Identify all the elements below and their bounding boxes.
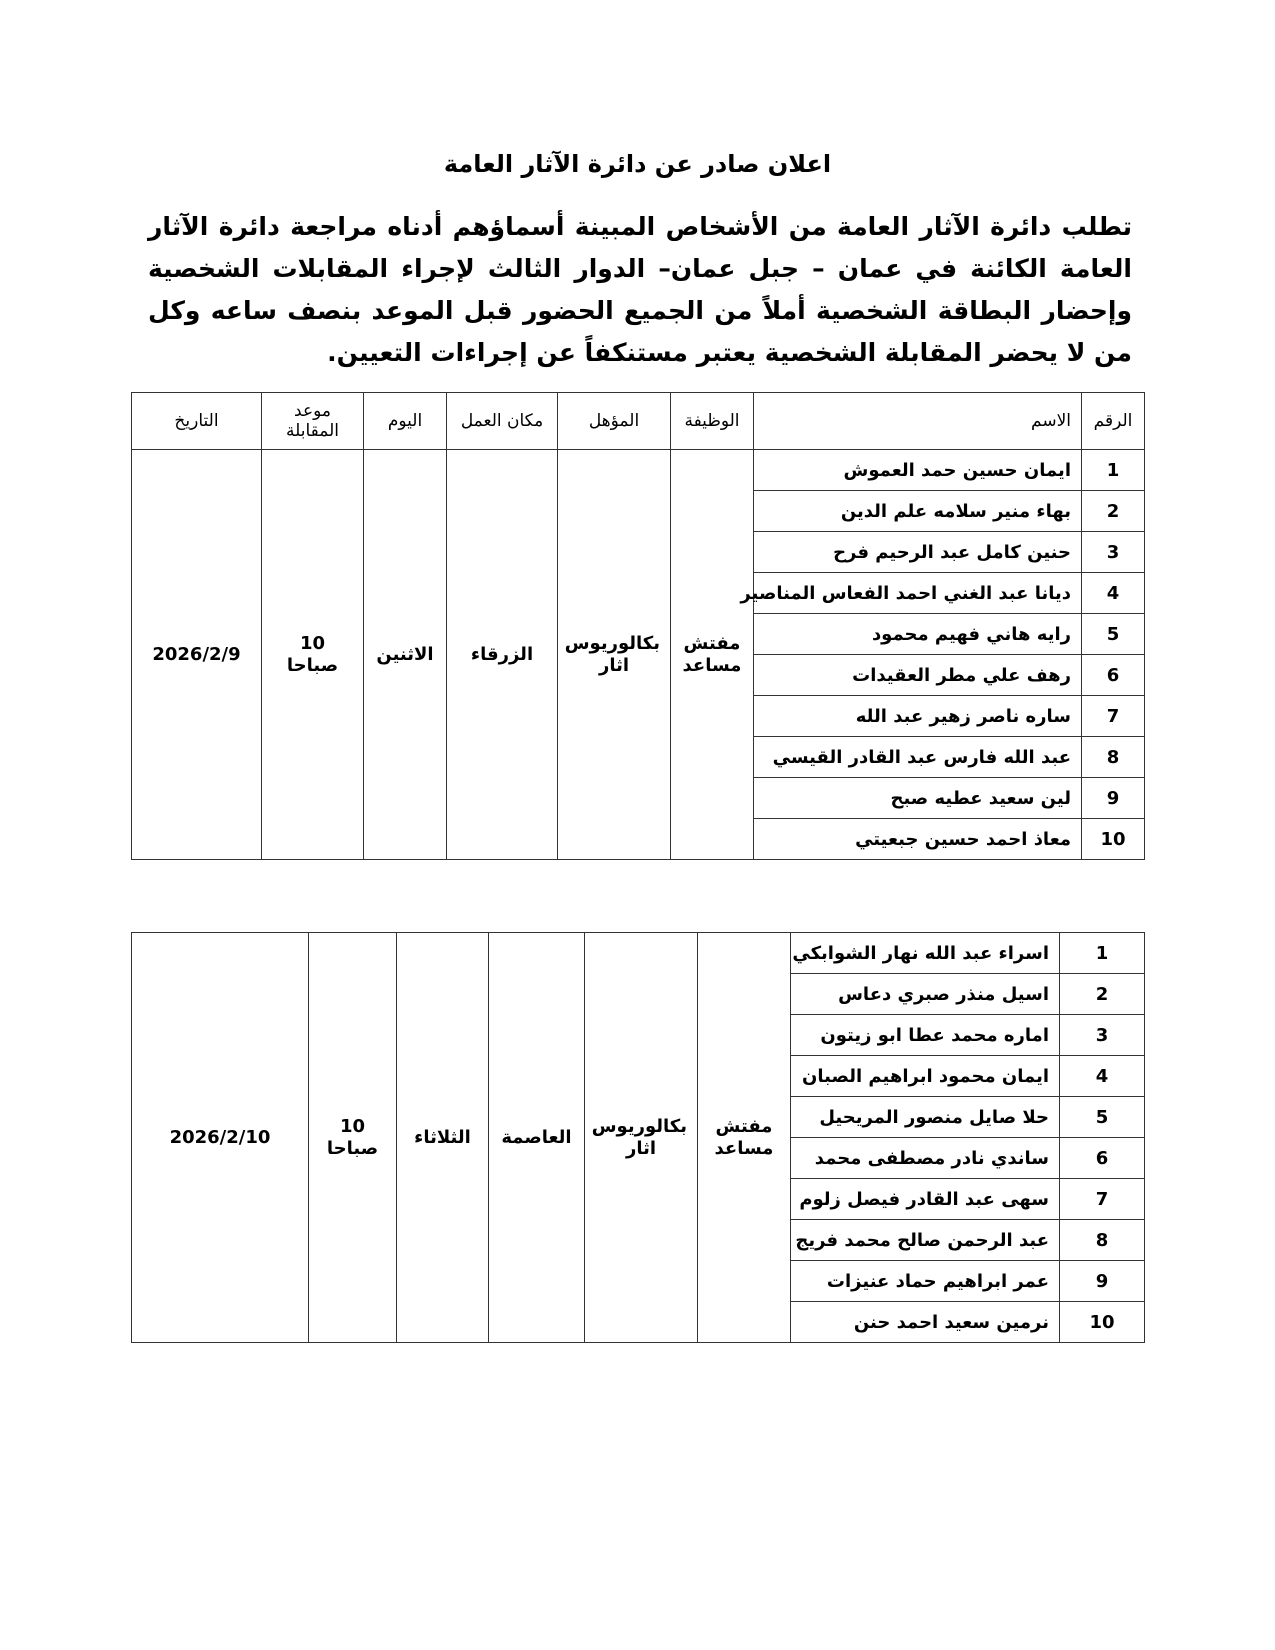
- row-name: ساره ناصر زهير عبد الله: [754, 696, 1082, 737]
- row-number: 6: [1060, 1138, 1145, 1179]
- time-line2: صباحا: [272, 655, 353, 677]
- schedule-table-1: الرقم الاسم الوظيفة المؤهل مكان العمل ال…: [131, 392, 1145, 860]
- row-number: 9: [1082, 778, 1145, 819]
- job-line1: مفتش: [681, 633, 743, 655]
- header-name: الاسم: [754, 393, 1082, 450]
- row-name: ايمان حسين حمد العموش: [754, 450, 1082, 491]
- header-day: اليوم: [364, 393, 447, 450]
- row-name: رهف علي مطر العقيدات: [754, 655, 1082, 696]
- row-name: بهاء منير سلامه علم الدين: [754, 491, 1082, 532]
- header-interview-time-line2: المقابلة: [272, 421, 353, 441]
- row-number: 10: [1060, 1302, 1145, 1343]
- row-number: 7: [1060, 1179, 1145, 1220]
- row-name: لين سعيد عطيه صبح: [754, 778, 1082, 819]
- row-name: عبد الرحمن صالح محمد فريج: [791, 1220, 1060, 1261]
- qualification-line2: اثار: [595, 1138, 687, 1160]
- qualification-line2: اثار: [568, 655, 660, 677]
- row-name: معاذ احمد حسين جبعيتي: [754, 819, 1082, 860]
- workplace-cell: الزرقاء: [447, 450, 558, 860]
- qualification-cell: بكالوريوس اثار: [558, 450, 671, 860]
- row-number: 3: [1082, 532, 1145, 573]
- row-number: 6: [1082, 655, 1145, 696]
- header-interview-time-line1: موعد: [272, 401, 353, 421]
- row-number: 5: [1082, 614, 1145, 655]
- row-number: 9: [1060, 1261, 1145, 1302]
- row-name: نرمين سعيد احمد حنن: [791, 1302, 1060, 1343]
- row-number: 7: [1082, 696, 1145, 737]
- table-header-row: الرقم الاسم الوظيفة المؤهل مكان العمل ال…: [132, 393, 1145, 450]
- qualification-line1: بكالوريوس: [595, 1116, 687, 1138]
- row-number: 8: [1082, 737, 1145, 778]
- interview-time-cell: 10 صباحا: [309, 933, 397, 1343]
- date-cell: 2026/2/10: [132, 933, 309, 1343]
- row-number: 8: [1060, 1220, 1145, 1261]
- row-name: رايه هاني فهيم محمود: [754, 614, 1082, 655]
- row-number: 10: [1082, 819, 1145, 860]
- row-number: 2: [1060, 974, 1145, 1015]
- document-title: اعلان صادر عن دائرة الآثار العامة: [0, 150, 1275, 178]
- job-line1: مفتش: [708, 1116, 780, 1138]
- header-job: الوظيفة: [671, 393, 754, 450]
- time-line2: صباحا: [319, 1138, 386, 1160]
- row-name: عبد الله فارس عبد القادر القيسي: [754, 737, 1082, 778]
- row-name: اسيل منذر صبري دعاس: [791, 974, 1060, 1015]
- row-name: ساندي نادر مصطفى محمد: [791, 1138, 1060, 1179]
- qualification-cell: بكالوريوس اثار: [585, 933, 698, 1343]
- header-date: التاريخ: [132, 393, 262, 450]
- header-number: الرقم: [1082, 393, 1145, 450]
- table-row: 1 اسراء عبد الله نهار الشوابكي مفتش مساع…: [132, 933, 1145, 974]
- row-name: ديانا عبد الغني احمد الفعاس المناصير: [754, 573, 1082, 614]
- row-name: حنين كامل عبد الرحيم فرح: [754, 532, 1082, 573]
- qualification-line1: بكالوريوس: [568, 633, 660, 655]
- row-number: 4: [1060, 1056, 1145, 1097]
- row-number: 1: [1082, 450, 1145, 491]
- row-name: اماره محمد عطا ابو زيتون: [791, 1015, 1060, 1056]
- interview-time-cell: 10 صباحا: [262, 450, 364, 860]
- header-workplace: مكان العمل: [447, 393, 558, 450]
- day-cell: الثلاثاء: [397, 933, 489, 1343]
- time-line1: 10: [319, 1116, 386, 1138]
- job-line2: مساعد: [708, 1138, 780, 1160]
- workplace-cell: العاصمة: [489, 933, 585, 1343]
- header-qualification: المؤهل: [558, 393, 671, 450]
- job-cell: مفتش مساعد: [671, 450, 754, 860]
- job-line2: مساعد: [681, 655, 743, 677]
- row-name: عمر ابراهيم حماد عنيزات: [791, 1261, 1060, 1302]
- job-cell: مفتش مساعد: [698, 933, 791, 1343]
- row-name: ايمان محمود ابراهيم الصبان: [791, 1056, 1060, 1097]
- date-cell: 2026/2/9: [132, 450, 262, 860]
- schedule-table-2: 1 اسراء عبد الله نهار الشوابكي مفتش مساع…: [131, 932, 1145, 1343]
- row-name: حلا صايل منصور المريحيل: [791, 1097, 1060, 1138]
- header-interview-time: موعد المقابلة: [262, 393, 364, 450]
- day-cell: الاثنين: [364, 450, 447, 860]
- row-number: 4: [1082, 573, 1145, 614]
- row-name: سهى عبد القادر فيصل زلوم: [791, 1179, 1060, 1220]
- table-row: 1 ايمان حسين حمد العموش مفتش مساعد بكالو…: [132, 450, 1145, 491]
- row-name: اسراء عبد الله نهار الشوابكي: [791, 933, 1060, 974]
- row-number: 5: [1060, 1097, 1145, 1138]
- time-line1: 10: [272, 633, 353, 655]
- intro-paragraph: تطلب دائرة الآثار العامة من الأشخاص المب…: [148, 206, 1132, 374]
- row-number: 3: [1060, 1015, 1145, 1056]
- row-number: 2: [1082, 491, 1145, 532]
- row-number: 1: [1060, 933, 1145, 974]
